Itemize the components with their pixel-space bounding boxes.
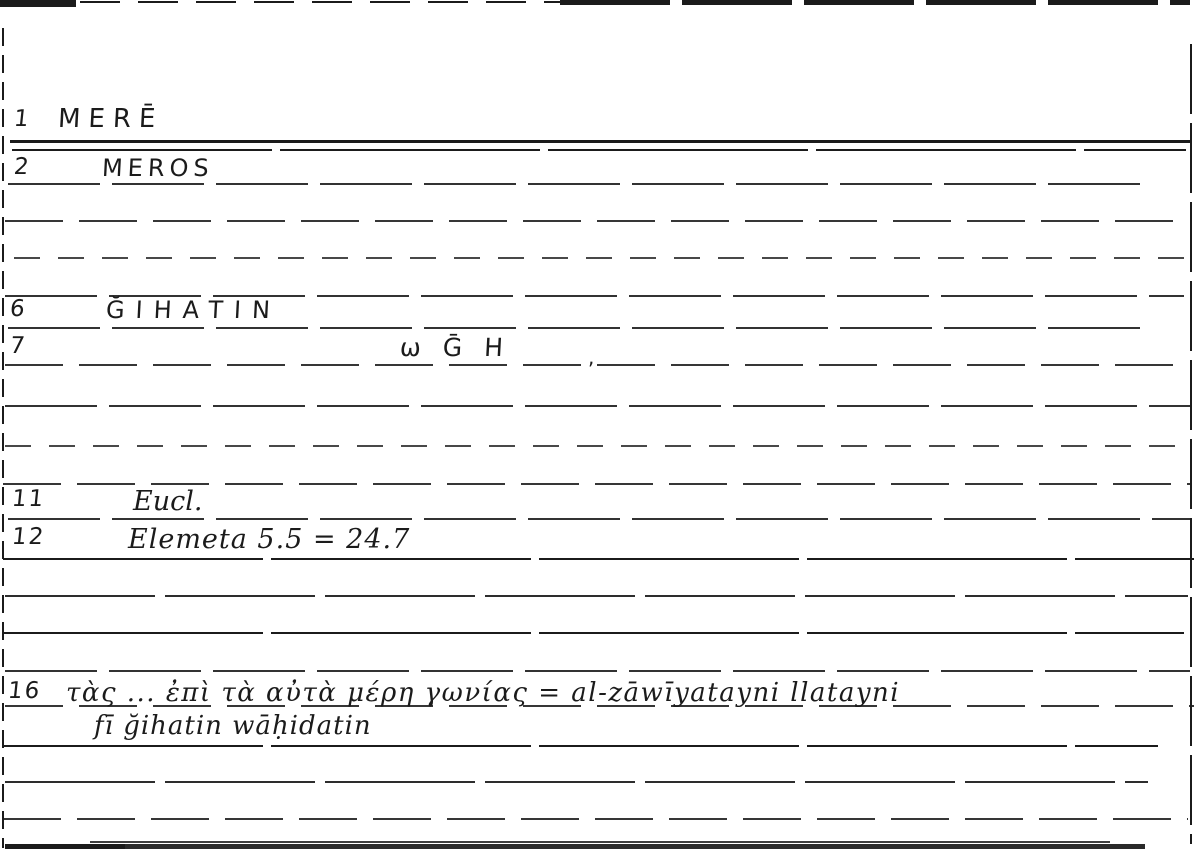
entry-line-number: 11 xyxy=(11,486,47,512)
ruled-line xyxy=(8,518,1190,520)
ruled-line xyxy=(14,257,1190,259)
ruled-line xyxy=(3,818,1188,820)
ruled-line xyxy=(3,632,1184,634)
ruled-line xyxy=(3,558,1194,560)
ruled-line xyxy=(3,483,1190,485)
entry-line-number: 16 xyxy=(7,678,43,704)
ruled-line xyxy=(12,149,1186,151)
top-border-segment xyxy=(80,1,560,3)
entry-line-number: 7 xyxy=(9,333,28,359)
entry-line-number: 1 xyxy=(13,106,32,132)
right-border xyxy=(1190,44,1192,844)
ruled-line xyxy=(5,220,1188,222)
left-border xyxy=(2,28,4,848)
entry-line-number: 6 xyxy=(9,296,28,322)
ruled-line xyxy=(5,405,1192,407)
ruled-line xyxy=(5,670,1190,672)
entry-text: ω Ḡ H xyxy=(399,333,511,362)
ruled-line xyxy=(5,364,1186,366)
entry-text-continuation: fī ğihatin wāḥidatin xyxy=(94,711,372,741)
entry-text: MEROS xyxy=(101,154,214,182)
top-border-segment xyxy=(560,0,1190,5)
ruled-line xyxy=(8,183,1150,185)
ruled-line xyxy=(8,327,1148,329)
entry-line-number: 2 xyxy=(13,154,32,180)
entry-text: Eucl. xyxy=(133,486,202,517)
ruled-line xyxy=(5,445,1188,447)
ruled-line xyxy=(3,745,1158,747)
entry-text: Elemeta 5.5 = 24.7 xyxy=(128,524,410,555)
bottom-border xyxy=(5,844,1145,849)
entry-text: τὰς ... ἐπὶ τὰ αὐτὰ μέρη γωνίας = al-zāw… xyxy=(66,678,900,708)
entry-text: MERĒ xyxy=(57,104,164,134)
entry-text: ĞIHATIN xyxy=(105,296,281,324)
ruled-line xyxy=(5,595,1188,597)
ruled-line xyxy=(5,781,1148,783)
entry-line-number: 12 xyxy=(11,524,47,550)
top-border-segment xyxy=(0,0,76,7)
ruled-line xyxy=(10,140,1190,143)
bottom-rule xyxy=(90,841,1110,843)
stray-comma-mark: , xyxy=(588,345,594,369)
paper-background: 1 MERĒ 2 MEROS 6 ĞIHATIN 7 ω Ḡ H , 11 Eu… xyxy=(0,0,1200,854)
scanned-notebook-page: { "colors": { "ink": "#1b1b1b", "paper":… xyxy=(0,0,1200,854)
